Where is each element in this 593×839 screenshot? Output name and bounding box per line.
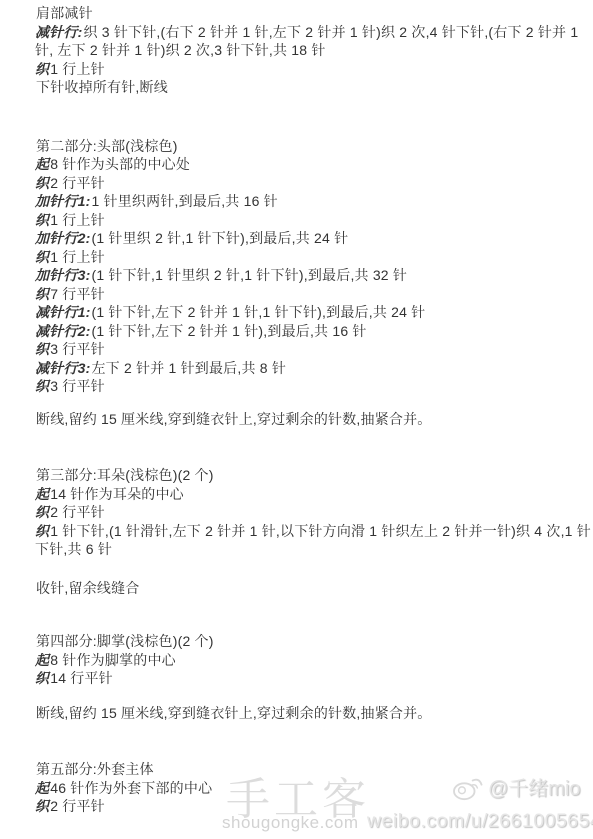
section-head: 第二部分:头部(浅棕色) 起8 针作为头部的中心处 织2 行平针 加针行1:1 … (35, 137, 591, 396)
pattern-line: 起8 针作为脚掌的中心 (35, 651, 591, 670)
pattern-line: 织2 行平针 (35, 174, 591, 193)
pattern-line: 织3 行平针 (35, 340, 591, 359)
line-text: (1 针下针,1 针里织 2 针,1 针下针),到最后,共 32 针 (91, 267, 407, 283)
line-text: 织 3 针下针,(右下 2 针并 1 针,左下 2 针并 1 针)织 2 次,4… (35, 24, 578, 59)
knitting-pattern-text: 肩部减针 减针行:织 3 针下针,(右下 2 针并 1 针,左下 2 针并 1 … (35, 4, 591, 816)
stitch-label: 减针行2: (35, 323, 90, 339)
line-text: 7 行平针 (50, 286, 105, 302)
note-bind-off-ears: 收针,留余线缝合 (35, 579, 591, 598)
stitch-label: 起 (35, 780, 49, 796)
stitch-label: 织 (35, 249, 49, 265)
stitch-label: 减针行3: (35, 360, 90, 376)
line-text: 肩部减针 (36, 5, 93, 21)
section-shoulder-decrease: 肩部减针 减针行:织 3 针下针,(右下 2 针并 1 针,左下 2 针并 1 … (35, 4, 591, 97)
line-text: 左下 2 针并 1 针到最后,共 8 针 (91, 360, 286, 376)
pattern-line: 起8 针作为头部的中心处 (35, 155, 591, 174)
line-text: 第二部分:头部(浅棕色) (36, 138, 178, 154)
stitch-label: 加针行2: (35, 230, 90, 246)
stitch-label: 织 (35, 670, 49, 686)
line-text: 1 行上针 (50, 212, 105, 228)
pattern-line: 断线,留约 15 厘米线,穿到缝衣针上,穿过剩余的针数,抽紧合并。 (35, 410, 591, 429)
pattern-line: 织2 行平针 (35, 503, 591, 522)
stitch-label: 减针行1: (35, 304, 90, 320)
stitch-label: 织 (35, 798, 49, 814)
pattern-line: 加针行2:(1 针里织 2 针,1 针下针),到最后,共 24 针 (35, 229, 591, 248)
document-page: 手工客 shougongke.com @千绪mio weibo.com/u/26… (0, 0, 593, 839)
pattern-line: 起14 针作为耳朵的中心 (35, 485, 591, 504)
line-text: 断线,留约 15 厘米线,穿到缝衣针上,穿过剩余的针数,抽紧合并。 (36, 705, 432, 721)
line-text: 1 行上针 (50, 249, 105, 265)
pattern-line: 减针行3:左下 2 针并 1 针到最后,共 8 针 (35, 359, 591, 378)
line-text: 8 针作为头部的中心处 (50, 156, 190, 172)
line-text: 2 行平针 (50, 798, 105, 814)
stitch-label: 减针行: (35, 24, 82, 40)
stitch-label: 织 (35, 341, 49, 357)
section-ears: 第三部分:耳朵(浅棕色)(2 个) 起14 针作为耳朵的中心 织2 行平针 织1… (35, 466, 591, 559)
stitch-label: 织 (35, 61, 49, 77)
line-text: 1 行上针 (50, 61, 105, 77)
pattern-line: 织1 针下针,(1 针滑针,左下 2 针并 1 针,以下针方向滑 1 针织左上 … (35, 522, 591, 559)
stitch-label: 起 (35, 486, 49, 502)
pattern-line: 收针,留余线缝合 (35, 579, 591, 598)
pattern-line: 加针行3:(1 针下针,1 针里织 2 针,1 针下针),到最后,共 32 针 (35, 266, 591, 285)
pattern-line: 织1 行上针 (35, 60, 591, 79)
shougongke-domain-watermark: shougongke.com (222, 813, 358, 833)
line-text: 下针收掉所有针,断线 (36, 79, 168, 95)
stitch-label: 织 (35, 286, 49, 302)
line-text: 14 针作为耳朵的中心 (50, 486, 184, 502)
stitch-label: 织 (35, 378, 49, 394)
pattern-line: 断线,留约 15 厘米线,穿到缝衣针上,穿过剩余的针数,抽紧合并。 (35, 704, 591, 723)
pattern-line: 织3 行平针 (35, 377, 591, 396)
stitch-label: 加针行3: (35, 267, 90, 283)
line-text: 第三部分:耳朵(浅棕色)(2 个) (36, 467, 214, 483)
line-text: 3 行平针 (50, 341, 105, 357)
pattern-line: 肩部减针 (35, 4, 591, 23)
line-text: (1 针下针,左下 2 针并 1 针,1 针下针),到最后,共 24 针 (91, 304, 425, 320)
stitch-label: 织 (35, 504, 49, 520)
section-heading: 第二部分:头部(浅棕色) (35, 137, 591, 156)
section-heading: 第五部分:外套主体 (35, 760, 591, 779)
line-text: 1 针下针,(1 针滑针,左下 2 针并 1 针,以下针方向滑 1 针织左上 2… (35, 523, 591, 558)
line-text: 1 针里织两针,到最后,共 16 针 (91, 193, 277, 209)
pattern-line: 减针行1:(1 针下针,左下 2 针并 1 针,1 针下针),到最后,共 24 … (35, 303, 591, 322)
pattern-line: 下针收掉所有针,断线 (35, 78, 591, 97)
line-text: 8 针作为脚掌的中心 (50, 652, 176, 668)
pattern-line: 织7 行平针 (35, 285, 591, 304)
line-text: 3 行平针 (50, 378, 105, 394)
line-text: (1 针下针,左下 2 针并 1 针),到最后,共 16 针 (91, 323, 366, 339)
line-text: 收针,留余线缝合 (36, 580, 140, 596)
pattern-line: 减针行:织 3 针下针,(右下 2 针并 1 针,左下 2 针并 1 针)织 2… (35, 23, 591, 60)
line-text: 2 行平针 (50, 175, 105, 191)
pattern-line: 织1 行上针 (35, 248, 591, 267)
note-fasten-off-paws: 断线,留约 15 厘米线,穿到缝衣针上,穿过剩余的针数,抽紧合并。 (35, 704, 591, 723)
note-fasten-off-head: 断线,留约 15 厘米线,穿到缝衣针上,穿过剩余的针数,抽紧合并。 (35, 410, 591, 429)
stitch-label: 起 (35, 156, 49, 172)
pattern-line: 织1 行上针 (35, 211, 591, 230)
line-text: 2 行平针 (50, 504, 105, 520)
stitch-label: 加针行1: (35, 193, 90, 209)
line-text: 断线,留约 15 厘米线,穿到缝衣针上,穿过剩余的针数,抽紧合并。 (36, 411, 432, 427)
pattern-line: 织2 行平针 (35, 797, 591, 816)
stitch-label: 起 (35, 652, 49, 668)
line-text: 46 针作为外套下部的中心 (50, 780, 212, 796)
section-heading: 第四部分:脚掌(浅棕色)(2 个) (35, 632, 591, 651)
stitch-label: 织 (35, 523, 49, 539)
section-coat-body: 第五部分:外套主体 起46 针作为外套下部的中心 织2 行平针 (35, 760, 591, 816)
stitch-label: 织 (35, 212, 49, 228)
line-text: 第四部分:脚掌(浅棕色)(2 个) (36, 633, 214, 649)
pattern-line: 减针行2:(1 针下针,左下 2 针并 1 针),到最后,共 16 针 (35, 322, 591, 341)
line-text: 14 行平针 (50, 670, 113, 686)
line-text: (1 针里织 2 针,1 针下针),到最后,共 24 针 (91, 230, 348, 246)
section-heading: 第三部分:耳朵(浅棕色)(2 个) (35, 466, 591, 485)
pattern-line: 织14 行平针 (35, 669, 591, 688)
pattern-line: 加针行1:1 针里织两针,到最后,共 16 针 (35, 192, 591, 211)
stitch-label: 织 (35, 175, 49, 191)
pattern-line: 起46 针作为外套下部的中心 (35, 779, 591, 798)
section-paws: 第四部分:脚掌(浅棕色)(2 个) 起8 针作为脚掌的中心 织14 行平针 (35, 632, 591, 688)
line-text: 第五部分:外套主体 (36, 761, 154, 777)
